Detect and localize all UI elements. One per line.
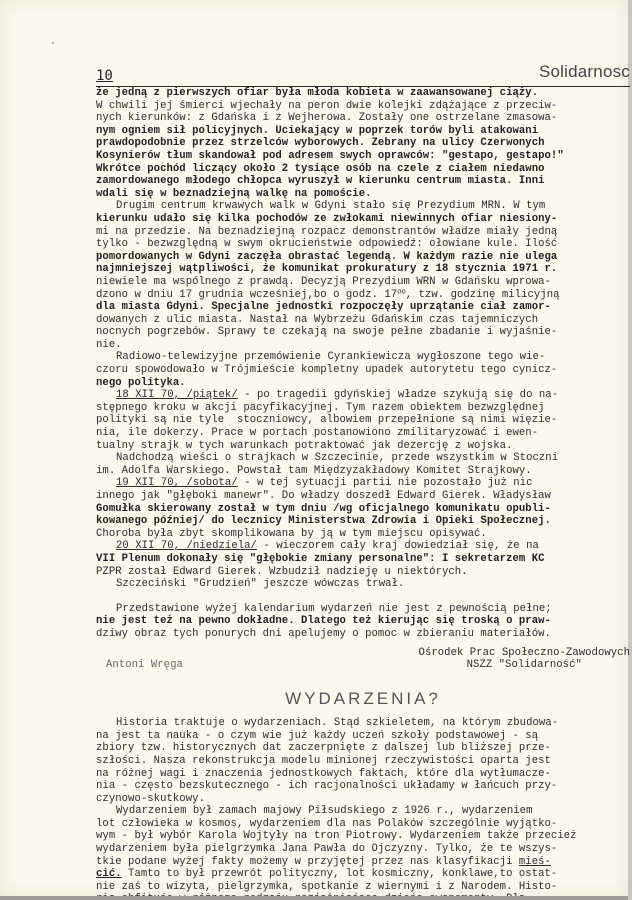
text-line: nocnych pogrzebów. Sprawy te czekają na … xyxy=(96,326,630,339)
date-label: 20 XII 70, /niedziela/ xyxy=(116,540,257,552)
scan-speck xyxy=(360,868,362,870)
text-line: innego jak "głęboki manewr". Do władzy d… xyxy=(96,490,630,503)
text-line: W chwili jej śmierci wjechały na peron d… xyxy=(96,100,630,113)
text-line: Szczeciński "Grudzień" jeszcze wówczas t… xyxy=(96,578,630,591)
text-line: szłości. Nasza rekonstrukcja modelu mini… xyxy=(96,755,630,768)
text-line: Nadchodzą wieści o strajkach w Szczecini… xyxy=(96,452,630,465)
text-line: nia - często bezskutecznego - ich racjon… xyxy=(96,780,630,793)
spacer xyxy=(96,591,630,603)
text-fragment: - w tej sytuacji partii nie pozostało ju… xyxy=(238,477,533,489)
scan-speck xyxy=(290,850,292,852)
paragraph-3: Radiowo-telewizyjne przemówienie Cyranki… xyxy=(96,351,630,389)
organization-line-1: Ośrodek Prac Społeczno-Zawodowych xyxy=(419,647,630,660)
text-line: czoru spowodowało w Trójmieście kompletn… xyxy=(96,364,630,377)
section-paragraph-2: Wydarzeniem był zamach majowy Piłsudskie… xyxy=(96,805,630,900)
text-line: nie jest też na pewno dokładne. Dlatego … xyxy=(96,615,630,628)
text-line: cić. Tamto to był przewrót polityczny, l… xyxy=(96,868,630,881)
text-line: prawdopodobnie przez strzelców wyborowyc… xyxy=(96,137,630,150)
text-line: zbiory tzw. historycznych dat zaczerpnię… xyxy=(96,742,630,755)
text-line: Radiowo-telewizyjne przemówienie Cyranki… xyxy=(96,351,630,364)
signature-block: Antoni Wręga Ośrodek Prac Społeczno-Zawo… xyxy=(96,647,630,673)
paragraph-5: Nadchodzą wieści o strajkach w Szczecini… xyxy=(96,452,630,477)
text-line: dziwy obraz tych ponurych dni apelujemy … xyxy=(96,628,630,641)
date-label: 19 XII 70, /sobota/ xyxy=(116,477,238,489)
text-line: czynowo-skutkowy. xyxy=(96,793,630,806)
text-line: nie zaś to wizyta, pielgrzymka, spotkani… xyxy=(96,881,630,894)
text-line: nych kierunków: z Gdańska i z Wejherowa.… xyxy=(96,112,630,125)
text-line: kierunku udało się kilka pochodów ze zwł… xyxy=(96,213,630,226)
article-body: że jedną z pierwszych ofiar była młoda k… xyxy=(96,87,630,900)
paragraph-2: Drugim centrum krwawych walk w Gdyni sta… xyxy=(96,200,630,351)
text-line: Przedstawione wyżej kalendarium wydarzeń… xyxy=(96,603,630,616)
organization-line-2: NSZZ "Solidarność" xyxy=(419,659,630,672)
author-name: Antoni Wręga xyxy=(106,659,183,672)
text-line: Historia traktuje o wydarzeniach. Stąd s… xyxy=(96,717,630,730)
text-line: tualny strajk w tych warunkach potraktow… xyxy=(96,440,630,453)
text-line: zamordowanego młodego chłopca wyruszył w… xyxy=(96,175,630,188)
text-line: Wydarzeniem był zamach majowy Piłsudskie… xyxy=(96,805,630,818)
text-line: lot człowieka w kosmos, wydarzeniem dla … xyxy=(96,818,630,831)
page-number: 10 xyxy=(96,68,113,84)
text-line: Choroba była zbyt skomplikowana by ją w … xyxy=(96,528,630,541)
text-fragment: Tamto to był przewrót polityczny, lot ko… xyxy=(122,868,558,880)
text-line: stępnego kroku w akcji pacyfikacyjnej. T… xyxy=(96,402,630,415)
scan-speck xyxy=(52,42,54,44)
paragraph-18-dec: 18 XII 70, /piątek/ - po tragedii gdyńsk… xyxy=(96,389,630,452)
text-line: Kosynierów tłum skandował pod adresem sw… xyxy=(96,150,630,163)
organization: Ośrodek Prac Społeczno-Zawodowych NSZZ "… xyxy=(419,647,630,672)
text-line: 18 XII 70, /piątek/ - po tragedii gdyńsk… xyxy=(96,389,630,402)
date-label: 18 XII 70, /piątek/ xyxy=(116,389,238,401)
scanned-page: 10 Solidarnosc że jedną z pierwszych ofi… xyxy=(0,0,628,896)
text-line: na różnej wagi i znaczenia jednostkowych… xyxy=(96,768,630,781)
text-line: nego polityka. xyxy=(96,377,630,390)
text-line: dzono w dniu 17 grudnia wcześniej,bo o g… xyxy=(96,289,630,302)
paragraph-appeal: Przedstawione wyżej kalendarium wydarzeń… xyxy=(96,603,630,641)
text-line: VII Plenum dokonały się "głębokie zmiany… xyxy=(96,553,630,566)
text-fragment: - wieczorem cały kraj dowiedział się, że… xyxy=(257,540,539,552)
text-line: PZPR został Edward Gierek. Wzbudził nadz… xyxy=(96,566,630,579)
text-line: Drugim centrum krwawych walk w Gdyni sta… xyxy=(96,200,630,213)
text-line: wydarzeniem była pielgrzymka Jana Pawła … xyxy=(96,843,630,856)
text-line: wdali się w beznadziejną walkę na pomośc… xyxy=(96,188,630,201)
running-title: Solidarnosc xyxy=(539,62,630,82)
paragraph-20-dec: 20 XII 70, /niedziela/ - wieczorem cały … xyxy=(96,540,630,578)
text-line: polityki są nie tyle stoczniowcy, albowi… xyxy=(96,414,630,427)
text-line: nym ogniem sił policyjnych. Uciekający w… xyxy=(96,125,630,138)
page-header: 10 Solidarnosc xyxy=(96,66,630,87)
text-line: im. Adolfa Warskiego. Powstał tam Między… xyxy=(96,465,630,478)
text-line: mi na przedzie. Na beznadziejną rozpacz … xyxy=(96,226,630,239)
text-line: nia, ile dokerzy. Prace w portach postan… xyxy=(96,427,630,440)
text-line: wym - był wybór Karola Wojtyły na tron P… xyxy=(96,830,630,843)
underlined-word: mieś- xyxy=(519,856,551,868)
text-line: Wkrótce pochód liczący około 2 tysiące o… xyxy=(96,163,630,176)
text-line: dla miasta Gdyni. Specjalne jednostki ro… xyxy=(96,301,630,314)
text-line: dowanych z ulic miasta. Nastał na Wybrze… xyxy=(96,314,630,327)
text-line: ria obfituje w różnego rodzaju rozjaśnia… xyxy=(96,893,630,900)
text-line: że jedną z pierwszych ofiar była młoda k… xyxy=(96,87,630,100)
underlined-word: cić. xyxy=(96,868,122,880)
paragraph-19-dec: 19 XII 70, /sobota/ - w tej sytuacji par… xyxy=(96,477,630,540)
text-line: tkie podane wyżej fakty możemy w przyjęt… xyxy=(96,856,630,869)
text-fragment: - po tragedii gdyńskiej władze szykują s… xyxy=(238,389,558,401)
text-line: 20 XII 70, /niedziela/ - wieczorem cały … xyxy=(96,540,630,553)
text-line: 19 XII 70, /sobota/ - w tej sytuacji par… xyxy=(96,477,630,490)
text-line: pomordowanych w Gdyni zaczęła obrastać l… xyxy=(96,251,630,264)
section-title: WYDARZENIA? xyxy=(96,693,630,706)
text-line: kowanego później/ do lecznicy Ministerst… xyxy=(96,515,630,528)
text-line: na jest ta nauka - o czym wie już każdy … xyxy=(96,730,630,743)
text-line: nie. xyxy=(96,339,630,352)
text-line: Gomułka skierowany został w tym dniu /wg… xyxy=(96,503,630,516)
section-paragraph-1: Historia traktuje o wydarzeniach. Stąd s… xyxy=(96,717,630,805)
text-line: tylko - bezwzględną w swym okrucieństwie… xyxy=(96,238,630,251)
text-fragment: tkie podane wyżej fakty możemy w przyjęt… xyxy=(96,856,519,868)
text-line: najmniejszej wątpliwości, że komunikat p… xyxy=(96,263,630,276)
paragraph-1: że jedną z pierwszych ofiar była młoda k… xyxy=(96,87,630,200)
text-line: niewiele ma wspólnego z prawdą. Decyzją … xyxy=(96,276,630,289)
